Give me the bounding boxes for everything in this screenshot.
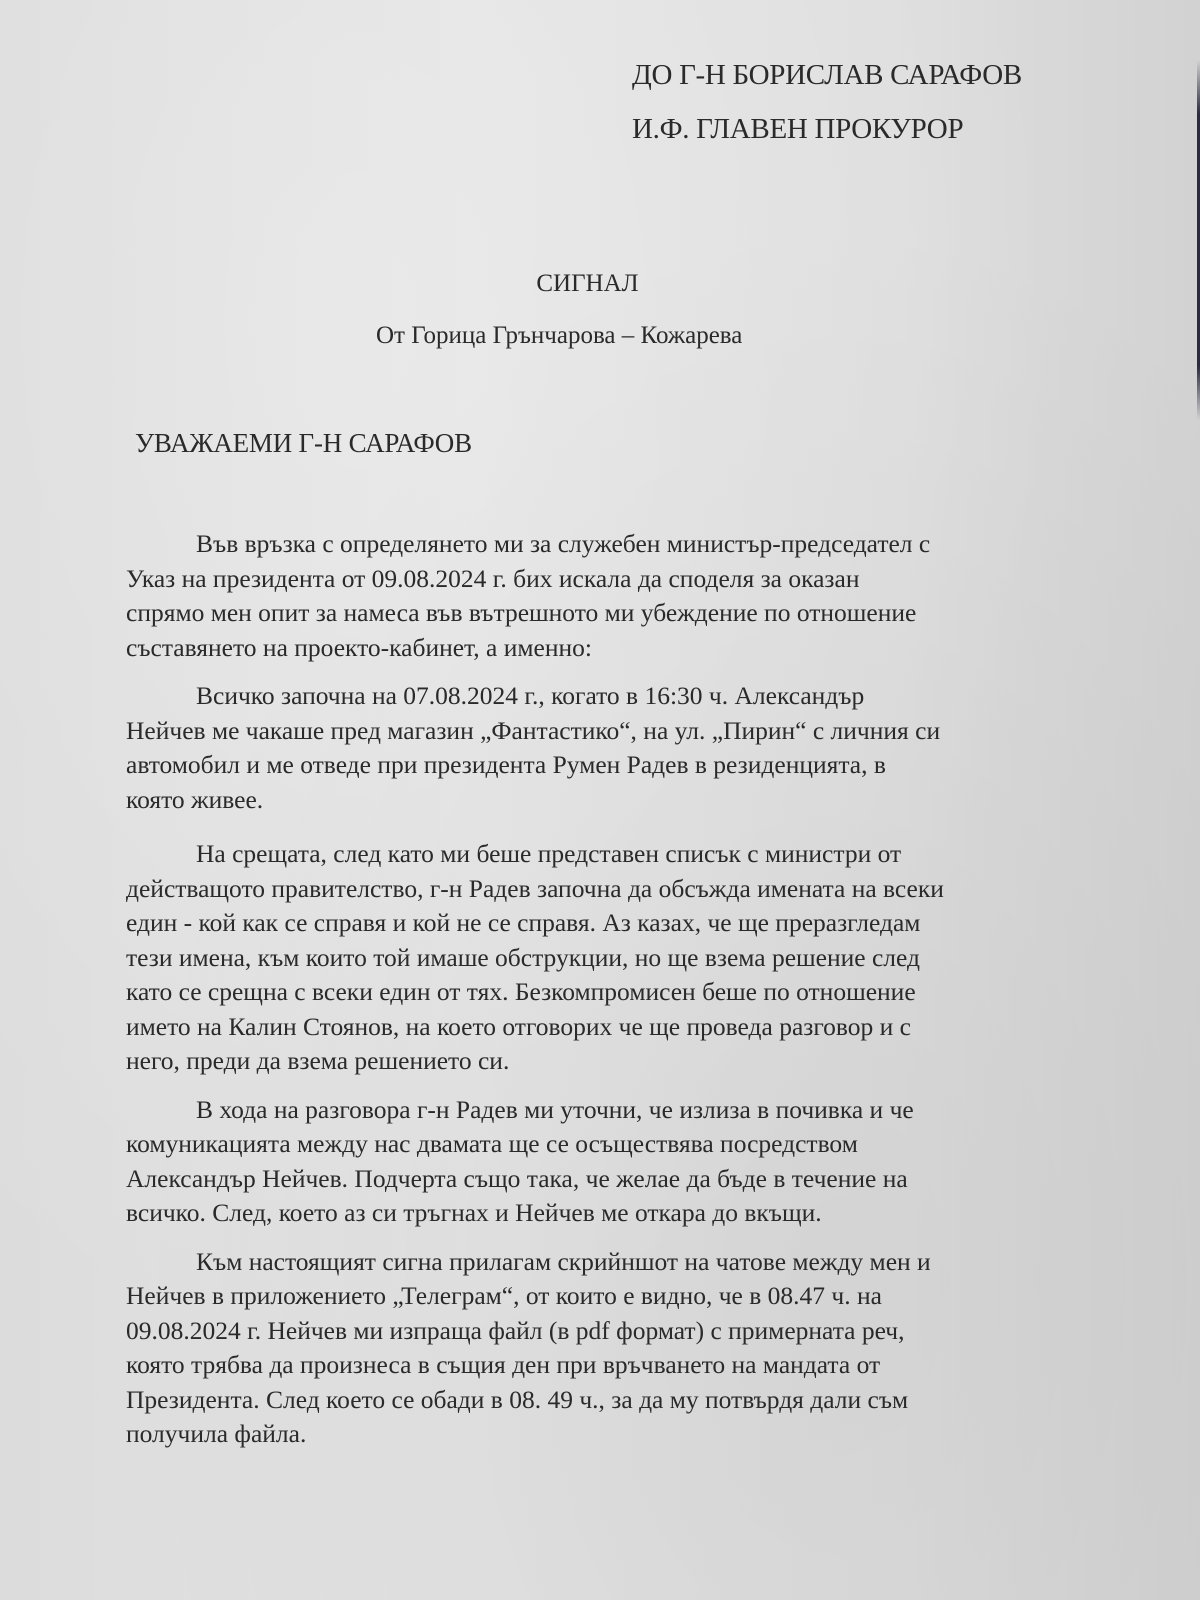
text-line: На срещата, след като ми беше представен… (126, 837, 1086, 872)
document-author: От Горица Грънчарова – Кожарева (376, 322, 742, 350)
text-line: тези имена, към които той имаше обструкц… (126, 941, 1086, 976)
text-line: получила файла. (126, 1417, 1086, 1452)
text-line: Към настоящият сигна прилагам скрийншот … (126, 1245, 1086, 1280)
text-line: която живее. (126, 783, 1086, 818)
text-line: един - кой как се справя и кой не се спр… (126, 906, 1086, 941)
paragraph-4: В хода на разговора г-н Радев ми уточни,… (126, 1093, 1086, 1231)
text-line: Александър Нейчев. Подчерта също така, ч… (126, 1162, 1086, 1197)
document-title: СИГНАЛ (0, 270, 1175, 298)
paragraph-1: Във връзка с определянето ми за служебен… (126, 527, 1086, 665)
text-line: съставянето на проекто-кабинет, а именно… (126, 631, 1086, 666)
addressee-block: ДО Г-Н БОРИСЛАВ САРАФОВ И.Ф. ГЛАВЕН ПРОК… (632, 48, 1022, 156)
text-line: Всичко започна на 07.08.2024 г., когато … (126, 679, 1086, 714)
text-line: него, преди да взема решението си. (126, 1044, 1086, 1079)
text-line: Президента. След което се обади в 08. 49… (126, 1383, 1086, 1418)
text-line: Нейчев в приложението „Телеграм“, от кои… (126, 1279, 1086, 1314)
addressee-position: И.Ф. ГЛАВЕН ПРОКУРОР (632, 102, 1022, 156)
text-line: спрямо мен опит за намеса във вътрешното… (126, 596, 1086, 631)
paragraph-3: На срещата, след като ми беше представен… (126, 837, 1086, 1079)
addressee-name: ДО Г-Н БОРИСЛАВ САРАФОВ (632, 48, 1022, 102)
document-body: Във връзка с определянето ми за служебен… (126, 527, 1086, 1466)
text-line: действащото правителство, г-н Радев запо… (126, 872, 1086, 907)
text-line: Нейчев ме чакаше пред магазин „Фантастик… (126, 714, 1086, 749)
text-line: Указ на президента от 09.08.2024 г. бих … (126, 562, 1086, 597)
paragraph-5: Към настоящият сигна прилагам скрийншот … (126, 1245, 1086, 1452)
text-line: В хода на разговора г-н Радев ми уточни,… (126, 1093, 1086, 1128)
paragraph-2: Всичко започна на 07.08.2024 г., когато … (126, 679, 1086, 817)
salutation: УВАЖАЕМИ Г-Н САРАФОВ (135, 428, 472, 459)
text-line: името на Калин Стоянов, на което отговор… (126, 1010, 1086, 1045)
text-line: като се срещна с всеки един от тях. Безк… (126, 975, 1086, 1010)
text-line: всичко. След, което аз си тръгнах и Нейч… (126, 1196, 1086, 1231)
text-line: която трябва да произнеса в същия ден пр… (126, 1348, 1086, 1383)
text-line: комуникацията между нас двамата ще се ос… (126, 1127, 1086, 1162)
text-line: Във връзка с определянето ми за служебен… (126, 527, 1086, 562)
text-line: 09.08.2024 г. Нейчев ми изпраща файл (в … (126, 1314, 1086, 1349)
text-line: автомобил и ме отведе при президента Рум… (126, 748, 1086, 783)
